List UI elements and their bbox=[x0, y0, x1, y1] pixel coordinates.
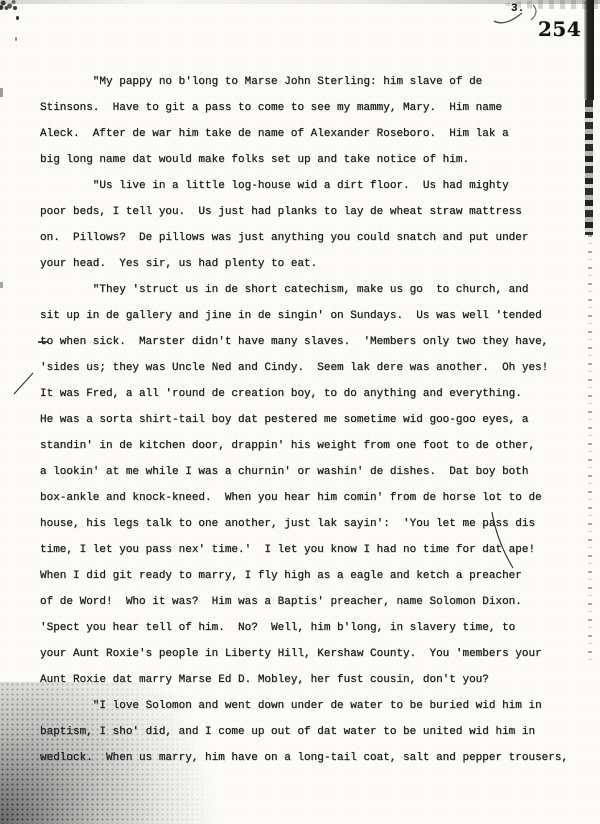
paragraph: "I love Solomon and went down under de w… bbox=[40, 693, 580, 771]
scan-corner-speck-cluster bbox=[0, 0, 16, 10]
pen-mark-paren bbox=[531, 5, 536, 20]
scan-speck bbox=[0, 282, 3, 288]
scan-speck bbox=[15, 37, 17, 41]
scan-speck bbox=[0, 88, 3, 97]
page-number-stamp: 254 bbox=[538, 17, 581, 41]
scan-right-edge-dots bbox=[588, 235, 592, 665]
paragraph: "Us live in a little log-house wid a dir… bbox=[40, 173, 580, 277]
page-number-typed: 3. bbox=[511, 3, 524, 15]
scan-right-edge-artifact bbox=[584, 0, 594, 100]
scan-speck bbox=[13, 6, 17, 10]
pen-mark-margin-slash bbox=[14, 373, 33, 394]
paragraph: "They 'struct us in de short catechism, … bbox=[40, 277, 580, 693]
scan-right-edge-artifact bbox=[585, 100, 593, 235]
document-text: "My pappy no b'long to Marse John Sterli… bbox=[40, 69, 580, 771]
scanned-page: 3. 254 "My pappy no b'long to Marse John… bbox=[0, 0, 600, 824]
paragraph: "My pappy no b'long to Marse John Sterli… bbox=[40, 69, 580, 173]
scan-speck bbox=[16, 16, 19, 20]
scan-top-edge-artifact bbox=[0, 0, 600, 4]
